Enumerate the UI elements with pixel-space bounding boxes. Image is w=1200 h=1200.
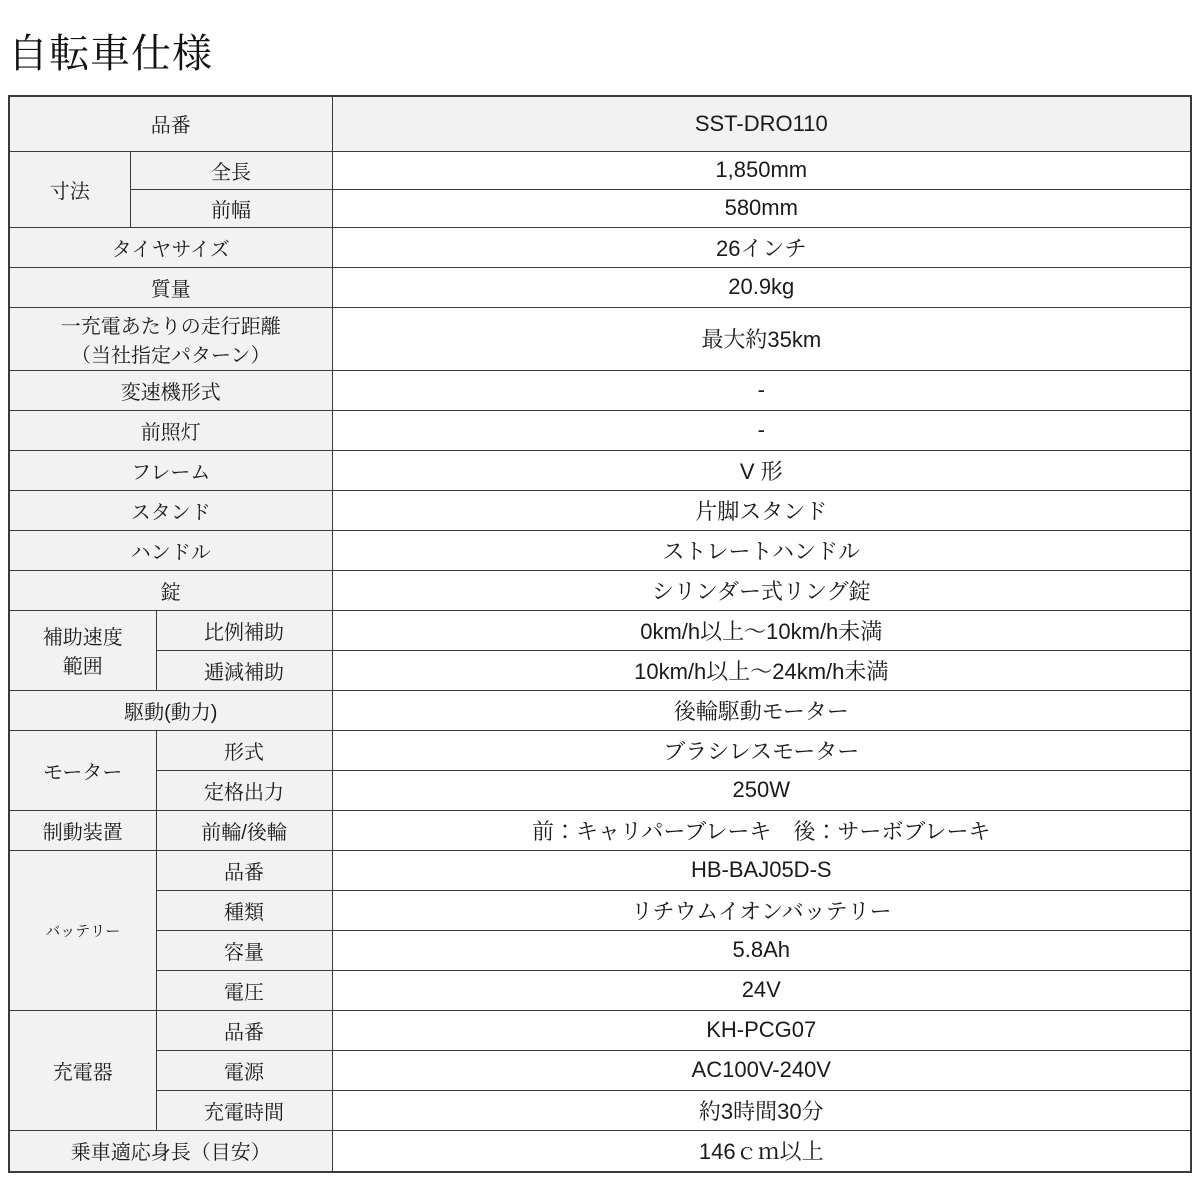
row-label: フレーム [9,450,332,490]
spec-row-motor-type: モーター 形式 ブラシレスモーター [9,730,1191,770]
spec-row-rated-output: 定格出力 250W [9,770,1191,810]
group-label-assist-range: 補助速度 範囲 [9,610,156,690]
row-value: HB-BAJ05D-S [332,850,1191,890]
row-label: 全長 [130,151,332,189]
row-value: シリンダー式リング錠 [332,570,1191,610]
row-label: 質量 [9,267,332,307]
row-label: 錠 [9,570,332,610]
row-label: 前輪/後輪 [156,810,332,850]
row-label: 駆動(動力) [9,690,332,730]
page-title: 自転車仕様 [8,22,1200,79]
row-label: 種類 [156,890,332,930]
row-label: 一充電あたりの走行距離 （当社指定パターン） [9,307,332,370]
spec-row-gear-type: 変速機形式 - [9,370,1191,410]
row-value: - [332,410,1191,450]
row-value: 後輪駆動モーター [332,690,1191,730]
group-label-battery: バッテリー [9,850,156,1010]
spec-row-width: 前幅 580mm [9,189,1191,227]
row-label: 乗車適応身長（目安） [9,1130,332,1172]
row-label: 比例補助 [156,610,332,650]
spec-row-weight: 質量 20.9kg [9,267,1191,307]
row-label: 定格出力 [156,770,332,810]
spec-row-frame: フレーム V 形 [9,450,1191,490]
spec-row-tire-size: タイヤサイズ 26インチ [9,227,1191,267]
row-value: AC100V-240V [332,1050,1191,1090]
row-label: 品番 [156,1010,332,1050]
row-label: 電源 [156,1050,332,1090]
row-label: 品番 [156,850,332,890]
row-value: SST-DRO110 [332,96,1191,151]
row-value: 前：キャリパーブレーキ 後：サーボブレーキ [332,810,1191,850]
row-label: 前照灯 [9,410,332,450]
spec-row-proportional-assist: 補助速度 範囲 比例補助 0km/h以上～10km/h未満 [9,610,1191,650]
group-label-brakes: 制動装置 [9,810,156,850]
row-value: - [332,370,1191,410]
row-value: 26インチ [332,227,1191,267]
row-value: 片脚スタンド [332,490,1191,530]
row-value: 146ｃｍ以上 [332,1130,1191,1172]
row-value: 約3時間30分 [332,1090,1191,1130]
spec-row-model: 品番 SST-DRO110 [9,96,1191,151]
row-value: 10km/h以上～24km/h未満 [332,650,1191,690]
row-label: タイヤサイズ [9,227,332,267]
spec-row-lock: 錠 シリンダー式リング錠 [9,570,1191,610]
row-value: KH-PCG07 [332,1010,1191,1050]
spec-row-range-per-charge: 一充電あたりの走行距離 （当社指定パターン） 最大約35km [9,307,1191,370]
spec-row-decreasing-assist: 逓減補助 10km/h以上～24km/h未満 [9,650,1191,690]
group-label-charger: 充電器 [9,1010,156,1130]
spec-row-handlebar: ハンドル ストレートハンドル [9,530,1191,570]
group-label-motor: モーター [9,730,156,810]
row-label: スタンド [9,490,332,530]
spec-row-battery-type: 種類 リチウムイオンバッテリー [9,890,1191,930]
row-label: ハンドル [9,530,332,570]
spec-row-charger-model: 充電器 品番 KH-PCG07 [9,1010,1191,1050]
row-value: 20.9kg [332,267,1191,307]
spec-row-length: 寸法 全長 1,850mm [9,151,1191,189]
row-value: 24V [332,970,1191,1010]
spec-row-rider-height: 乗車適応身長（目安） 146ｃｍ以上 [9,1130,1191,1172]
row-value: 最大約35km [332,307,1191,370]
row-value: 1,850mm [332,151,1191,189]
spec-row-battery-voltage: 電圧 24V [9,970,1191,1010]
row-value: ストレートハンドル [332,530,1191,570]
spec-row-battery-capacity: 容量 5.8Ah [9,930,1191,970]
row-label: 形式 [156,730,332,770]
row-value: 0km/h以上～10km/h未満 [332,610,1191,650]
spec-table: 品番 SST-DRO110 寸法 全長 1,850mm 前幅 580mm タイヤ… [8,95,1192,1173]
group-label-dimensions: 寸法 [9,151,130,227]
spec-row-stand: スタンド 片脚スタンド [9,490,1191,530]
row-label: 変速機形式 [9,370,332,410]
row-label: 充電時間 [156,1090,332,1130]
row-value: ブラシレスモーター [332,730,1191,770]
spec-sheet-page: 自転車仕様 品番 SST-DRO110 寸法 全長 1,850mm 前幅 580… [0,0,1200,1200]
row-value: 5.8Ah [332,930,1191,970]
row-label: 逓減補助 [156,650,332,690]
row-label: 品番 [9,96,332,151]
spec-row-brakes: 制動装置 前輪/後輪 前：キャリパーブレーキ 後：サーボブレーキ [9,810,1191,850]
row-value: 580mm [332,189,1191,227]
row-label: 容量 [156,930,332,970]
row-value: 250W [332,770,1191,810]
spec-row-headlight: 前照灯 - [9,410,1191,450]
row-label: 前幅 [130,189,332,227]
row-value: V 形 [332,450,1191,490]
spec-row-charge-time: 充電時間 約3時間30分 [9,1090,1191,1130]
row-label: 電圧 [156,970,332,1010]
row-value: リチウムイオンバッテリー [332,890,1191,930]
spec-row-charger-power: 電源 AC100V-240V [9,1050,1191,1090]
spec-row-battery-model: バッテリー 品番 HB-BAJ05D-S [9,850,1191,890]
spec-row-drive: 駆動(動力) 後輪駆動モーター [9,690,1191,730]
